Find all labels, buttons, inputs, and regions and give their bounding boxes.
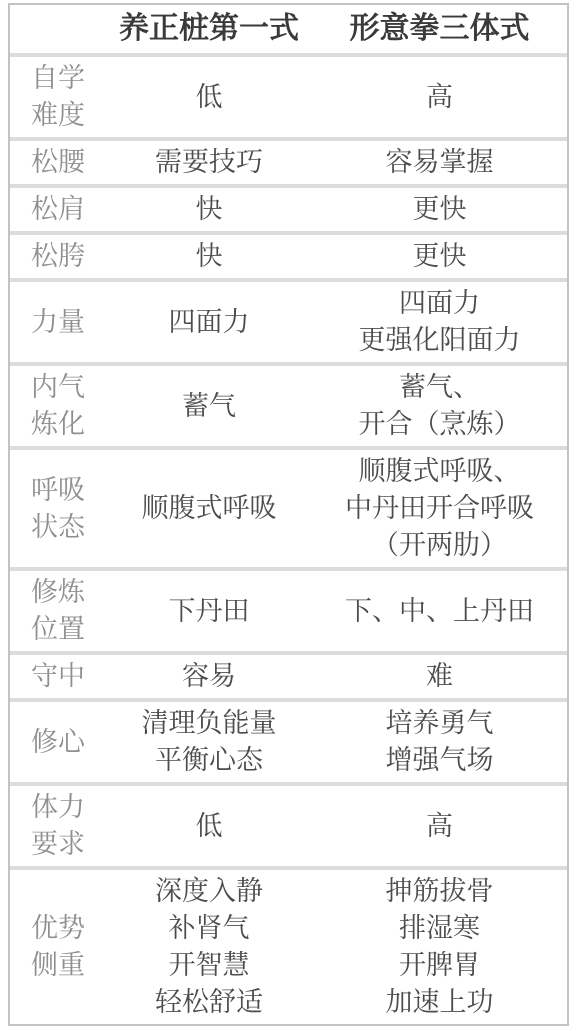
row-label: 松胯 [10, 235, 106, 278]
table-row: 松肩 快 更快 [10, 184, 567, 231]
value-yangzhengzhuang: 蓄气 [106, 385, 312, 428]
table-row: 松胯 快 更快 [10, 231, 567, 278]
value-xingyiquan: 下、中、上丹田 [312, 590, 567, 633]
value-xingyiquan: 更快 [312, 235, 567, 278]
value-xingyiquan: 四面力 更强化阳面力 [312, 282, 567, 362]
value-xingyiquan: 抻筋拔骨 排湿寒 开脾胃 加速上功 [312, 870, 567, 1024]
table-row: 松腰 需要技巧 容易掌握 [10, 137, 567, 184]
row-label: 修炼 位置 [10, 571, 106, 651]
table-row: 修心 清理负能量 平衡心态 培养勇气 增强气场 [10, 698, 567, 782]
row-label: 守中 [10, 655, 106, 698]
row-label: 力量 [10, 301, 106, 344]
table-row: 守中 容易 难 [10, 651, 567, 698]
table-row: 修炼 位置 下丹田 下、中、上丹田 [10, 567, 567, 651]
value-xingyiquan: 更快 [312, 188, 567, 231]
row-label: 修心 [10, 721, 106, 764]
value-yangzhengzhuang: 清理负能量 平衡心态 [106, 702, 312, 782]
header-empty-cell [10, 25, 106, 33]
value-xingyiquan: 高 [312, 805, 567, 848]
comparison-table: 养正桩第一式 形意拳三体式 自学 难度 低 高 松腰 需要技巧 容易掌握 松肩 … [8, 3, 569, 1026]
value-xingyiquan: 蓄气、 开合（烹炼） [312, 366, 567, 446]
table-row: 内气 炼化 蓄气 蓄气、 开合（烹炼） [10, 362, 567, 446]
table-row: 自学 难度 低 高 [10, 53, 567, 137]
col-header-xingyiquan: 形意拳三体式 [312, 5, 567, 53]
row-label: 自学 难度 [10, 57, 106, 137]
value-xingyiquan: 容易掌握 [312, 141, 567, 184]
value-yangzhengzhuang: 容易 [106, 655, 312, 698]
table-row: 力量 四面力 四面力 更强化阳面力 [10, 278, 567, 362]
value-yangzhengzhuang: 快 [106, 188, 312, 231]
value-yangzhengzhuang: 低 [106, 76, 312, 119]
row-label: 松腰 [10, 141, 106, 184]
value-yangzhengzhuang: 四面力 [106, 301, 312, 344]
table-row: 体力 要求 低 高 [10, 782, 567, 866]
value-yangzhengzhuang: 顺腹式呼吸 [106, 487, 312, 530]
row-label: 体力 要求 [10, 786, 106, 866]
value-yangzhengzhuang: 需要技巧 [106, 141, 312, 184]
row-label: 优势 侧重 [10, 907, 106, 987]
table-row: 呼吸 状态 顺腹式呼吸 顺腹式呼吸、 中丹田开合呼吸 （开两肋） [10, 446, 567, 567]
value-xingyiquan: 培养勇气 增强气场 [312, 702, 567, 782]
value-yangzhengzhuang: 深度入静 补肾气 开智慧 轻松舒适 [106, 870, 312, 1024]
row-label: 呼吸 状态 [10, 469, 106, 549]
value-xingyiquan: 难 [312, 655, 567, 698]
header-row: 养正桩第一式 形意拳三体式 [10, 5, 567, 53]
value-yangzhengzhuang: 低 [106, 805, 312, 848]
row-label: 内气 炼化 [10, 366, 106, 446]
row-label: 松肩 [10, 188, 106, 231]
value-yangzhengzhuang: 快 [106, 235, 312, 278]
value-xingyiquan: 高 [312, 76, 567, 119]
page: 养正桩第一式 形意拳三体式 自学 难度 低 高 松腰 需要技巧 容易掌握 松肩 … [0, 0, 580, 1031]
table-row: 优势 侧重 深度入静 补肾气 开智慧 轻松舒适 抻筋拔骨 排湿寒 开脾胃 加速上… [10, 866, 567, 1024]
value-yangzhengzhuang: 下丹田 [106, 590, 312, 633]
col-header-yangzhengzhuang: 养正桩第一式 [106, 5, 312, 53]
value-xingyiquan: 顺腹式呼吸、 中丹田开合呼吸 （开两肋） [312, 450, 567, 567]
